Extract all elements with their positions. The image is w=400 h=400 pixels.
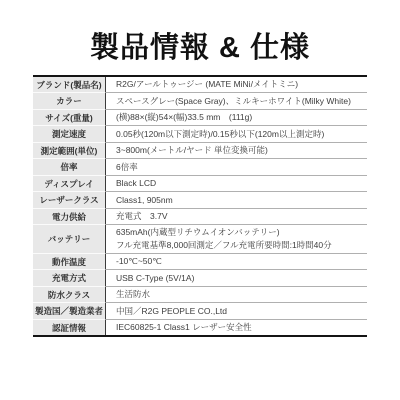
spec-label: バッテリー xyxy=(33,225,106,254)
spec-label: カラー xyxy=(33,93,106,110)
spec-value-line: Class1, 905nm xyxy=(116,194,363,207)
spec-row: サイズ(重量) (横)88×(縦)54×(幅)33.5 mm (111g) xyxy=(33,110,367,127)
spec-value-cell: 6倍率 xyxy=(106,159,367,176)
spec-value-cell: IEC60825-1 Class1 レーザー安全性 xyxy=(106,320,367,336)
spec-value-line: (横)88×(縦)54×(幅)33.5 mm (111g) xyxy=(116,111,363,124)
spec-row: 認証情報 IEC60825-1 Class1 レーザー安全性 xyxy=(33,320,367,336)
spec-row: 動作温度 -10℃~50℃ xyxy=(33,254,367,271)
spec-value-line: 0.05秒(120m以下測定時)/0.15秒以下(120m以上測定時) xyxy=(116,128,363,141)
spec-value-line: 3~800m(メートル/ヤード 単位変換可能) xyxy=(116,144,363,157)
spec-value-cell: 中国／R2G PEOPLE CO.,Ltd xyxy=(106,303,367,320)
page-title: 製品情報 & 仕様 xyxy=(0,33,400,65)
spec-value-line: スペースグレー(Space Gray)、ミルキーホワイト(Milky White… xyxy=(116,95,363,108)
spec-label: ディスプレイ xyxy=(33,176,106,193)
spec-row: 測定速度 0.05秒(120m以下測定時)/0.15秒以下(120m以上測定時) xyxy=(33,126,367,143)
spec-value-cell: -10℃~50℃ xyxy=(106,254,367,271)
spec-value-line: Black LCD xyxy=(116,177,363,190)
spec-value-line: 中国／R2G PEOPLE CO.,Ltd xyxy=(116,305,363,318)
spec-value-line: -10℃~50℃ xyxy=(116,255,363,268)
spec-value-cell: Black LCD xyxy=(106,176,367,193)
spec-label: 製造国／製造業者 xyxy=(33,303,106,320)
spec-row: 製造国／製造業者 中国／R2G PEOPLE CO.,Ltd xyxy=(33,303,367,320)
spec-value-line: USB C-Type (5V/1A) xyxy=(116,272,363,285)
spec-value-line: 生活防水 xyxy=(116,288,363,301)
spec-value-cell: 生活防水 xyxy=(106,287,367,304)
spec-value-cell: USB C-Type (5V/1A) xyxy=(106,270,367,287)
spec-value-line: 充電式 3.7V xyxy=(116,210,363,223)
spec-row: 倍率 6倍率 xyxy=(33,159,367,176)
spec-value-cell: 3~800m(メートル/ヤード 単位変換可能) xyxy=(106,143,367,160)
spec-value-cell: (横)88×(縦)54×(幅)33.5 mm (111g) xyxy=(106,110,367,127)
spec-label: 電力供給 xyxy=(33,209,106,226)
spec-label: 動作温度 xyxy=(33,254,106,271)
spec-label: 充電方式 xyxy=(33,270,106,287)
spec-row: 電力供給 充電式 3.7V xyxy=(33,209,367,226)
spec-label: 測定速度 xyxy=(33,126,106,143)
spec-row: ディスプレイ Black LCD xyxy=(33,176,367,193)
spec-value-cell: 0.05秒(120m以下測定時)/0.15秒以下(120m以上測定時) xyxy=(106,126,367,143)
spec-label: サイズ(重量) xyxy=(33,110,106,127)
spec-row: 防水クラス 生活防水 xyxy=(33,287,367,304)
spec-row: バッテリー 635mAh(内蔵型リチウムイオンバッテリー)フル充電基準8,000… xyxy=(33,225,367,254)
spec-table-body: ブランド(製品名) R2G/アールトゥージー (MATE MiNi/メイトミニ)… xyxy=(33,77,367,336)
spec-row: 測定範囲(単位) 3~800m(メートル/ヤード 単位変換可能) xyxy=(33,143,367,160)
spec-row: ブランド(製品名) R2G/アールトゥージー (MATE MiNi/メイトミニ) xyxy=(33,77,367,94)
spec-label: ブランド(製品名) xyxy=(33,77,106,94)
spec-value-cell: Class1, 905nm xyxy=(106,192,367,209)
spec-label: レーザークラス xyxy=(33,192,106,209)
spec-value-cell: 充電式 3.7V xyxy=(106,209,367,226)
spec-value-cell: R2G/アールトゥージー (MATE MiNi/メイトミニ) xyxy=(106,77,367,94)
spec-value-line: R2G/アールトゥージー (MATE MiNi/メイトミニ) xyxy=(116,78,363,91)
spec-row: 充電方式 USB C-Type (5V/1A) xyxy=(33,270,367,287)
spec-label: 測定範囲(単位) xyxy=(33,143,106,160)
spec-row: レーザークラス Class1, 905nm xyxy=(33,192,367,209)
spec-value-line: 635mAh(内蔵型リチウムイオンバッテリー) xyxy=(116,226,363,239)
spec-value-line: 6倍率 xyxy=(116,161,363,174)
spec-value-cell: スペースグレー(Space Gray)、ミルキーホワイト(Milky White… xyxy=(106,93,367,110)
spec-label: 倍率 xyxy=(33,159,106,176)
spec-table: ブランド(製品名) R2G/アールトゥージー (MATE MiNi/メイトミニ)… xyxy=(33,75,367,338)
spec-value-cell: 635mAh(内蔵型リチウムイオンバッテリー)フル充電基準8,000回測定／フル… xyxy=(106,225,367,254)
product-spec-sheet: 製品情報 & 仕様 ブランド(製品名) R2G/アールトゥージー (MATE M… xyxy=(0,0,400,400)
spec-label: 認証情報 xyxy=(33,320,106,336)
spec-label: 防水クラス xyxy=(33,287,106,304)
spec-value-line: IEC60825-1 Class1 レーザー安全性 xyxy=(116,321,363,334)
spec-row: カラー スペースグレー(Space Gray)、ミルキーホワイト(Milky W… xyxy=(33,93,367,110)
spec-value-line: フル充電基準8,000回測定／フル充電所要時間:1時間40分 xyxy=(116,239,363,252)
